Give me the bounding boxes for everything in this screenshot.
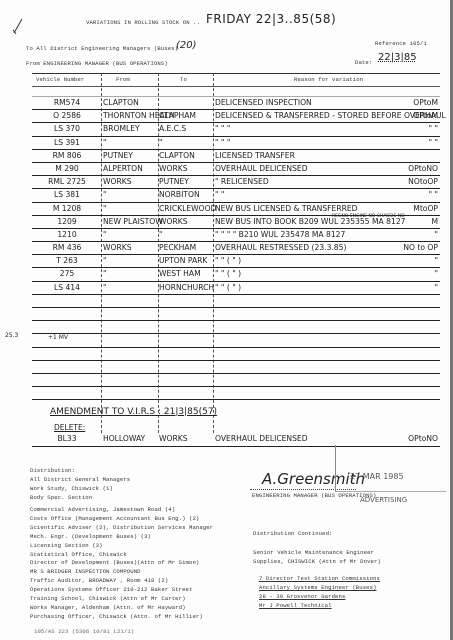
- status-code: NO to OP: [403, 243, 438, 252]
- reference: Reference 105/1: [375, 40, 427, 47]
- distribution-continued-list-2: 7 Director Test Station Commissions Anci…: [259, 575, 380, 611]
- to-location: HORNCHURCH: [159, 283, 214, 292]
- from-location: ": [103, 230, 107, 239]
- distribution-continued-list: Senior Vehicle Maintenance Engineer Supp…: [253, 549, 381, 567]
- reason: " " ( " ): [215, 269, 241, 278]
- table-row: [32, 321, 440, 334]
- reason: " " ( " ): [215, 283, 241, 292]
- distribution-item: Body Spec. Section: [30, 494, 130, 503]
- reason: OVERHAUL RESTRESSED (23.3.85): [215, 243, 346, 252]
- date-label: Date:: [355, 59, 372, 66]
- distribution-list: Distribution: All District General Manag…: [30, 467, 130, 503]
- variations-table: Vehicle Number From To Reason for variat…: [32, 73, 440, 400]
- amend-vehicle: BL33: [34, 434, 100, 443]
- to-location: WORKS: [159, 217, 188, 226]
- table-row: 1210""" " " " B210 WUL 235478 MA 8127": [32, 229, 440, 242]
- from-location: WORKS: [103, 243, 132, 252]
- to-location: PUTNEY: [159, 177, 189, 186]
- doc-title: VARIATIONS IN ROLLING STOCK ON ..: [86, 19, 200, 26]
- reason: " RELICENSED: [215, 177, 269, 186]
- to-location: ": [159, 138, 163, 147]
- to-location: PECKHAM: [159, 243, 196, 252]
- table-row: [32, 361, 440, 374]
- table-row: LS 370BROMLEYA.E.C.S" " "" ": [32, 123, 440, 136]
- amend-to: WORKS: [159, 434, 188, 443]
- vehicle-number: 1209: [34, 217, 100, 226]
- from-location: WORKS: [103, 177, 132, 186]
- distribution-item: Commercial Advertising, Jamestown Road (…: [30, 506, 213, 515]
- status-code: ": [435, 256, 439, 265]
- distribution-item: Ancillary Systems Engineer (Buses): [259, 584, 380, 593]
- distribution-item: Traffic Auditor, BROADWAY , Room 418 (2): [30, 577, 213, 586]
- distribution-item: 7 Director Test Station Commissions: [259, 575, 380, 584]
- to-location: WEST HAM: [159, 269, 201, 278]
- check-mark-icon: [10, 18, 26, 36]
- distribution-item: Mr J Powell Technical: [259, 602, 380, 611]
- from-location: ALPERTON: [103, 164, 143, 173]
- status-code: OPtoM: [413, 111, 438, 120]
- status-code: NOtoOP: [408, 177, 438, 186]
- delete-label: DELETE:: [54, 423, 85, 432]
- from-location: CLAPTON: [103, 98, 139, 107]
- col-vehicle-number: Vehicle Number: [36, 76, 84, 83]
- distribution-heading: Distribution:: [30, 467, 130, 476]
- distribution-list-2: Commercial Advertising, Jamestown Road (…: [30, 506, 213, 622]
- distribution-item: Scientific Adviser (2), Distribution Ser…: [30, 524, 213, 533]
- stamp-dept: ADVERTISING: [360, 496, 407, 504]
- table-row: 1209NEW PLAISTOWWORKSNEW BUS INTO BOOK B…: [32, 216, 440, 229]
- amend-from: HOLLOWAY: [103, 434, 145, 443]
- distribution-item: Mech. Engr. (Development Buses) (3): [30, 533, 213, 542]
- reason: " " " " B210 WUL 235478 MA 8127: [215, 230, 345, 239]
- from-location: ": [103, 269, 107, 278]
- vehicle-number: LS 381: [34, 190, 100, 199]
- distribution-item: All District General Managers: [30, 476, 130, 485]
- vehicle-number: LS 370: [34, 124, 100, 133]
- reason: DELICENSED INSPECTION: [215, 98, 312, 107]
- from-location: PUTNEY: [103, 151, 133, 160]
- to-location: ": [159, 230, 163, 239]
- table-row: [32, 295, 440, 308]
- status-code: " ": [429, 190, 438, 199]
- table-row: M 290ALPERTONWORKSOVERHAUL DELICENSEDOPt…: [32, 163, 440, 176]
- amend-code: OPtoNO: [408, 434, 438, 443]
- distribution-item: Senior Vehicle Maintenance Engineer: [253, 549, 381, 558]
- distribution-continued-heading: Distribution Continued:: [253, 530, 333, 537]
- distribution-item: Supplies, CHISWICK (Attn of Mr Dover): [253, 558, 381, 567]
- sender-line: From ENGINEERING MANAGER (BUS OPERATIONS…: [26, 60, 168, 67]
- to-location: CLAPTON: [159, 151, 195, 160]
- vehicle-number: LS 414: [34, 283, 100, 292]
- reason: OVERHAUL DELICENSED: [215, 164, 308, 173]
- to-location: A.E.C.S: [159, 124, 186, 133]
- margin-row-note: +1 MV: [48, 334, 68, 341]
- reason: DELICENSED & TRANSFERRED - STORED BEFORE…: [215, 111, 446, 120]
- to-location: WORKS: [159, 164, 188, 173]
- table-row: [32, 334, 440, 347]
- form-footer-code: 105/AS 223 (5306 10/81 L21/1): [34, 628, 134, 635]
- status-code: MtoOP: [413, 204, 438, 213]
- from-location: ": [103, 204, 107, 213]
- margin-note: 25.3: [5, 332, 18, 339]
- table-row: [32, 374, 440, 387]
- vehicle-number: LS 391: [34, 138, 100, 147]
- from-location: ": [103, 190, 107, 199]
- distribution-item: Training School, Chiswick (Attn of Mr Ca…: [30, 595, 213, 604]
- amendment-title: AMENDMENT TO V.I.R.S : 21|3|85(57): [50, 407, 217, 417]
- vehicle-number: M 1208: [34, 204, 100, 213]
- reason: LICENSED TRANSFER: [215, 151, 295, 160]
- from-location: BROMLEY: [103, 124, 140, 133]
- table-row: LS 414"HORNCHURCH" " ( " )": [32, 282, 440, 295]
- vehicle-number: M 290: [34, 164, 100, 173]
- table-row: RM574CLAPTONDELICENSED INSPECTIONOPtoM: [32, 97, 440, 110]
- table-row: LS 391""" " "" ": [32, 137, 440, 150]
- col-reason: Reason for variation: [294, 76, 363, 83]
- vehicle-number: RM 806: [34, 151, 100, 160]
- distribution-item: Statistical Office, Chiswick: [30, 551, 213, 560]
- vehicle-number: T 263: [34, 256, 100, 265]
- table-spacer-row: [32, 87, 440, 97]
- table-header: Vehicle Number From To Reason for variat…: [32, 73, 440, 87]
- table-row: O 2586THORNTON HEATHCLAPHAMDELICENSED & …: [32, 110, 440, 123]
- distribution-item: Costs Office (Management Accountant Bus …: [30, 515, 213, 524]
- to-location: NORBITON: [159, 190, 200, 199]
- vehicle-number: RML 2725: [34, 177, 100, 186]
- status-code: OPtoM: [413, 98, 438, 107]
- table-row: [32, 308, 440, 321]
- to-location: CRICKLEWOOD: [159, 204, 216, 213]
- status-code: " ": [429, 138, 438, 147]
- amend-reason: OVERHAUL DELICENSED: [215, 434, 308, 443]
- status-code: M: [431, 217, 438, 226]
- status-code: ": [435, 283, 439, 292]
- from-location: ": [103, 138, 107, 147]
- col-from: From: [116, 76, 130, 83]
- reason: " ": [215, 190, 224, 199]
- signature-title: ENGINEERING MANAGER (BUS OPERATIONS): [252, 492, 376, 499]
- vehicle-number: RM574: [34, 98, 100, 107]
- copies-count: (20): [176, 40, 197, 51]
- date-value: 22|3|85: [378, 52, 417, 63]
- to-location: CLAPHAM: [159, 111, 196, 120]
- table-row: LS 381"NORBITON" "" ": [32, 189, 440, 202]
- received-stamp: [335, 445, 446, 492]
- recipient-line: To All District Engineering Managers (Bu…: [26, 45, 178, 52]
- from-location: ": [103, 256, 107, 265]
- reason: " " ": [215, 138, 230, 147]
- document-page: VARIATIONS IN ROLLING STOCK ON .. FRIDAY…: [0, 0, 453, 640]
- table-row: RML 2725WORKSPUTNEY" RELICENSEDNOtoOP: [32, 176, 440, 189]
- table-row: [32, 348, 440, 361]
- distribution-item: Director of Development (Buses)(Attn of …: [30, 559, 213, 568]
- col-to: To: [180, 76, 187, 83]
- from-location: ": [103, 283, 107, 292]
- stamp-date: 27 MAR 1985: [350, 472, 404, 481]
- status-code: " ": [429, 124, 438, 133]
- from-location: NEW PLAISTOW: [103, 217, 163, 226]
- reason: " " ( " ): [215, 256, 241, 265]
- reason: " " ": [215, 124, 230, 133]
- distribution-item: Works Manager, Aldenham (Attn. of Mr Hay…: [30, 604, 213, 613]
- vehicle-number: 1210: [34, 230, 100, 239]
- distribution-item: Work Study, Chiswick (1): [30, 485, 130, 494]
- status-code: OPtoNO: [408, 164, 438, 173]
- distribution-item: 28 - 30 Grosvenor Gardens: [259, 593, 380, 602]
- status-code: ": [435, 230, 439, 239]
- table-row: 275"WEST HAM" " ( " )": [32, 268, 440, 281]
- distribution-item: Operations Systems Officer 210-212 Baker…: [30, 586, 213, 595]
- to-location: UPTON PARK: [159, 256, 207, 265]
- vehicle-number: RM 436: [34, 243, 100, 252]
- table-row: [32, 387, 440, 400]
- vehicle-number: 275: [34, 269, 100, 278]
- doc-title-date: FRIDAY 22|3..85(58): [206, 12, 336, 26]
- table-row: RM 436WORKSPECKHAMOVERHAUL RESTRESSED (2…: [32, 242, 440, 255]
- vehicle-number: O 2586: [34, 111, 100, 120]
- sub-column-labels: REGNO ENGINE NO CHASSIS NO: [332, 214, 405, 219]
- reason: NEW BUS LICENSED & TRANSFERRED: [215, 204, 358, 213]
- table-row: T 263"UPTON PARK" " ( " )": [32, 255, 440, 268]
- distribution-item: Licensing Section (3): [30, 542, 213, 551]
- status-code: ": [435, 269, 439, 278]
- distribution-item: Purchasing Officer, Chiswick (Attn. of M…: [30, 613, 213, 622]
- distribution-item: MR S BRIDGER INSPECTION COMPOUND: [30, 568, 213, 577]
- table-row: RM 806PUTNEYCLAPTONLICENSED TRANSFER: [32, 150, 440, 163]
